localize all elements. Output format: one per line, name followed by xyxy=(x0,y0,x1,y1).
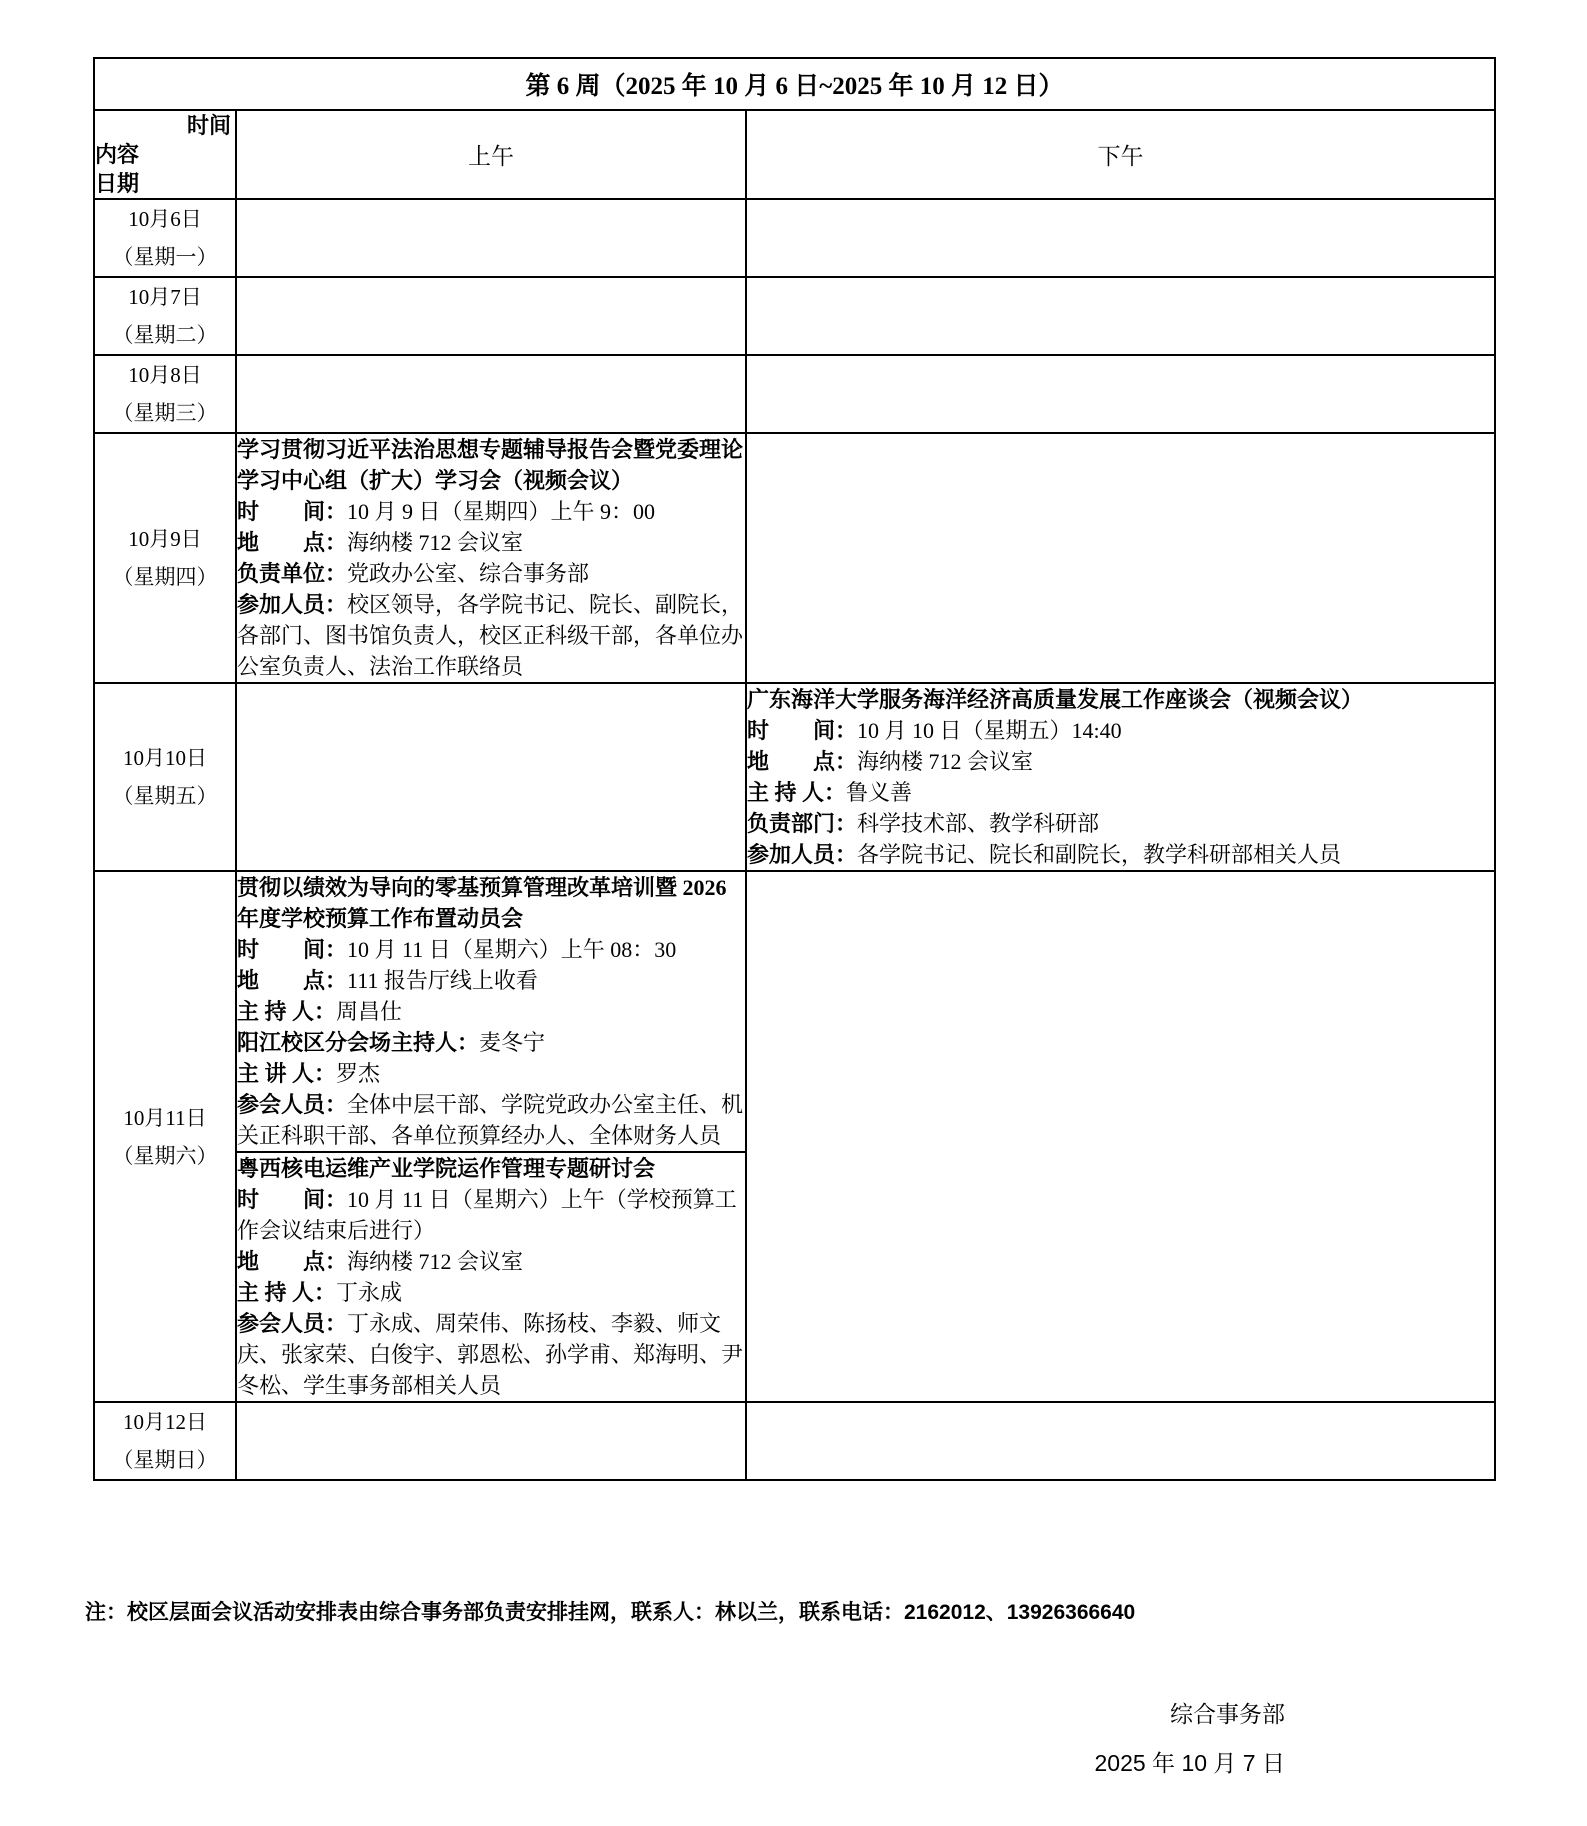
empty-cell-oct6-morning xyxy=(236,199,746,277)
corner-label-content: 内容 xyxy=(95,140,235,169)
field-label: 负责单位： xyxy=(237,561,347,586)
field-value: 丁永成 xyxy=(336,1280,402,1305)
date-cell-oct9: 10月9日 （星期四） xyxy=(94,433,236,683)
field-value: 罗杰 xyxy=(336,1061,380,1086)
field-value: 科学技术部、教学科研部 xyxy=(857,811,1099,836)
signoff-date: 2025 年 10 月 7 日 xyxy=(1095,1739,1286,1788)
meeting-title: 广东海洋大学服务海洋经济高质量发展工作座谈会（视频会议） xyxy=(747,684,1494,715)
empty-cell-oct7-afternoon xyxy=(746,277,1495,355)
date-cell-oct7: 10月7日 （星期二） xyxy=(94,277,236,355)
date-line: 10月12日 xyxy=(95,1403,235,1441)
meeting-field-time: 时 间：10 月 11 日（星期六）上午 08：30 xyxy=(237,934,745,965)
field-value: 10 月 11 日（星期六）上午 08：30 xyxy=(347,937,676,962)
field-value: 111 报告厅线上收看 xyxy=(347,968,538,993)
meeting-field-place: 地 点：海纳楼 712 会议室 xyxy=(237,527,745,558)
meeting-field-participants: 参加人员：各学院书记、院长和副院长，教学科研部相关人员 xyxy=(747,839,1494,870)
date-cell-oct6: 10月6日 （星期一） xyxy=(94,199,236,277)
meeting-field-time: 时 间：10 月 9 日（星期四）上午 9：00 xyxy=(237,496,745,527)
date-cell-oct8: 10月8日 （星期三） xyxy=(94,355,236,433)
column-header-morning: 上午 xyxy=(236,110,746,199)
field-value: 党政办公室、综合事务部 xyxy=(347,561,589,586)
meeting-field-time: 时 间：10 月 10 日（星期五）14:40 xyxy=(747,715,1494,746)
meeting-field-branch-host: 阳江校区分会场主持人：麦冬宁 xyxy=(237,1027,745,1058)
meeting-field-place: 地 点：111 报告厅线上收看 xyxy=(237,965,745,996)
table-title: 第 6 周（2025 年 10 月 6 日~2025 年 10 月 12 日） xyxy=(94,58,1495,110)
field-value: 各学院书记、院长和副院长，教学科研部相关人员 xyxy=(857,842,1341,867)
date-line: 10月6日 xyxy=(95,200,235,238)
meeting-field-host: 主 持 人：周昌仕 xyxy=(237,996,745,1027)
field-value: 鲁义善 xyxy=(846,780,912,805)
field-value: 10 月 10 日（星期五）14:40 xyxy=(857,718,1122,743)
corner-label-date: 日期 xyxy=(95,169,235,198)
weekday-line: （星期二） xyxy=(95,316,235,354)
field-label: 地 点： xyxy=(237,1249,347,1274)
field-label: 时 间： xyxy=(237,499,347,524)
date-cell-oct10: 10月10日 （星期五） xyxy=(94,683,236,871)
field-label: 主 持 人： xyxy=(747,780,846,805)
field-label: 地 点： xyxy=(237,530,347,555)
meeting-title: 贯彻以绩效为导向的零基预算管理改革培训暨 2026 年度学校预算工作布置动员会 xyxy=(237,872,745,934)
field-value: 麦冬宁 xyxy=(479,1030,545,1055)
weekly-schedule-table: 第 6 周（2025 年 10 月 6 日~2025 年 10 月 12 日） … xyxy=(93,57,1496,1481)
meeting-field-host: 主 持 人：鲁义善 xyxy=(747,777,1494,808)
field-label: 主 讲 人： xyxy=(237,1061,336,1086)
field-label: 主 持 人： xyxy=(237,999,336,1024)
signoff-block: 综合事务部 2025 年 10 月 7 日 xyxy=(1095,1690,1286,1788)
empty-cell-oct9-afternoon xyxy=(746,433,1495,683)
date-line: 10月11日 xyxy=(95,1099,235,1137)
date-line: 10月9日 xyxy=(95,520,235,558)
field-label: 时 间： xyxy=(237,1187,347,1212)
date-cell-oct12: 10月12日 （星期日） xyxy=(94,1402,236,1480)
meeting-field-unit: 负责单位：党政办公室、综合事务部 xyxy=(237,558,745,589)
empty-cell-oct7-morning xyxy=(236,277,746,355)
date-line: 10月7日 xyxy=(95,278,235,316)
signoff-org: 综合事务部 xyxy=(1095,1690,1286,1739)
empty-cell-oct12-afternoon xyxy=(746,1402,1495,1480)
meeting-cell-oct9-morning: 学习贯彻习近平法治思想专题辅导报告会暨党委理论学习中心组（扩大）学习会（视频会议… xyxy=(236,433,746,683)
field-label: 参会人员： xyxy=(237,1311,347,1336)
empty-cell-oct12-morning xyxy=(236,1402,746,1480)
meeting-field-dept: 负责部门：科学技术部、教学科研部 xyxy=(747,808,1494,839)
weekday-line: （星期一） xyxy=(95,238,235,276)
meeting-title: 学习贯彻习近平法治思想专题辅导报告会暨党委理论学习中心组（扩大）学习会（视频会议… xyxy=(237,434,745,496)
meeting-field-participants: 参会人员：全体中层干部、学院党政办公室主任、机关正科职干部、各单位预算经办人、全… xyxy=(237,1089,745,1151)
weekday-line: （星期四） xyxy=(95,558,235,596)
meeting-field-participants: 参会人员：丁永成、周荣伟、陈扬枝、李毅、师文庆、张家荣、白俊宇、郭恩松、孙学甫、… xyxy=(237,1308,745,1401)
meeting-field-participants: 参加人员：校区领导，各学院书记、院长、副院长，各部门、图书馆负责人，校区正科级干… xyxy=(237,589,745,682)
field-value: 海纳楼 712 会议室 xyxy=(347,1249,523,1274)
footer-note: 注：校区层面会议活动安排表由综合事务部负责安排挂网，联系人：林以兰，联系电话：2… xyxy=(85,1596,1545,1626)
date-cell-oct11: 10月11日 （星期六） xyxy=(94,871,236,1402)
meeting-field-speaker: 主 讲 人：罗杰 xyxy=(237,1058,745,1089)
empty-cell-oct8-afternoon xyxy=(746,355,1495,433)
meeting-field-host: 主 持 人：丁永成 xyxy=(237,1277,745,1308)
field-value: 海纳楼 712 会议室 xyxy=(347,530,523,555)
weekday-line: （星期日） xyxy=(95,1441,235,1479)
corner-header-cell: 时间 内容 日期 xyxy=(94,110,236,199)
field-label: 地 点： xyxy=(237,968,347,993)
date-line: 10月10日 xyxy=(95,739,235,777)
meeting-title: 粤西核电运维产业学院运作管理专题研讨会 xyxy=(237,1153,745,1184)
meeting-cell-oct10-afternoon: 广东海洋大学服务海洋经济高质量发展工作座谈会（视频会议） 时 间：10 月 10… xyxy=(746,683,1495,871)
field-label: 时 间： xyxy=(237,937,347,962)
field-label: 时 间： xyxy=(747,718,857,743)
meeting-field-place: 地 点：海纳楼 712 会议室 xyxy=(237,1246,745,1277)
field-label: 负责部门： xyxy=(747,811,857,836)
weekday-line: （星期六） xyxy=(95,1137,235,1175)
field-value: 周昌仕 xyxy=(336,999,402,1024)
field-label: 主 持 人： xyxy=(237,1280,336,1305)
meeting-field-place: 地 点：海纳楼 712 会议室 xyxy=(747,746,1494,777)
meeting-cell-oct11-morning-1: 贯彻以绩效为导向的零基预算管理改革培训暨 2026 年度学校预算工作布置动员会 … xyxy=(236,871,746,1152)
meeting-cell-oct11-morning-2: 粤西核电运维产业学院运作管理专题研讨会 时 间：10 月 11 日（星期六）上午… xyxy=(236,1152,746,1402)
field-value: 海纳楼 712 会议室 xyxy=(857,749,1033,774)
empty-cell-oct8-morning xyxy=(236,355,746,433)
corner-label-time: 时间 xyxy=(95,111,235,140)
meeting-field-time: 时 间：10 月 11 日（星期六）上午（学校预算工作会议结束后进行） xyxy=(237,1184,745,1246)
weekday-line: （星期三） xyxy=(95,394,235,432)
empty-cell-oct11-afternoon xyxy=(746,871,1495,1402)
empty-cell-oct10-morning xyxy=(236,683,746,871)
weekday-line: （星期五） xyxy=(95,777,235,815)
empty-cell-oct6-afternoon xyxy=(746,199,1495,277)
column-header-afternoon: 下午 xyxy=(746,110,1495,199)
document-page: 第 6 周（2025 年 10 月 6 日~2025 年 10 月 12 日） … xyxy=(0,0,1587,1826)
field-label: 阳江校区分会场主持人： xyxy=(237,1030,479,1055)
field-label: 参加人员： xyxy=(237,592,347,617)
field-label: 参加人员： xyxy=(747,842,857,867)
field-label: 地 点： xyxy=(747,749,857,774)
field-label: 参会人员： xyxy=(237,1092,347,1117)
date-line: 10月8日 xyxy=(95,356,235,394)
field-value: 10 月 9 日（星期四）上午 9：00 xyxy=(347,499,655,524)
